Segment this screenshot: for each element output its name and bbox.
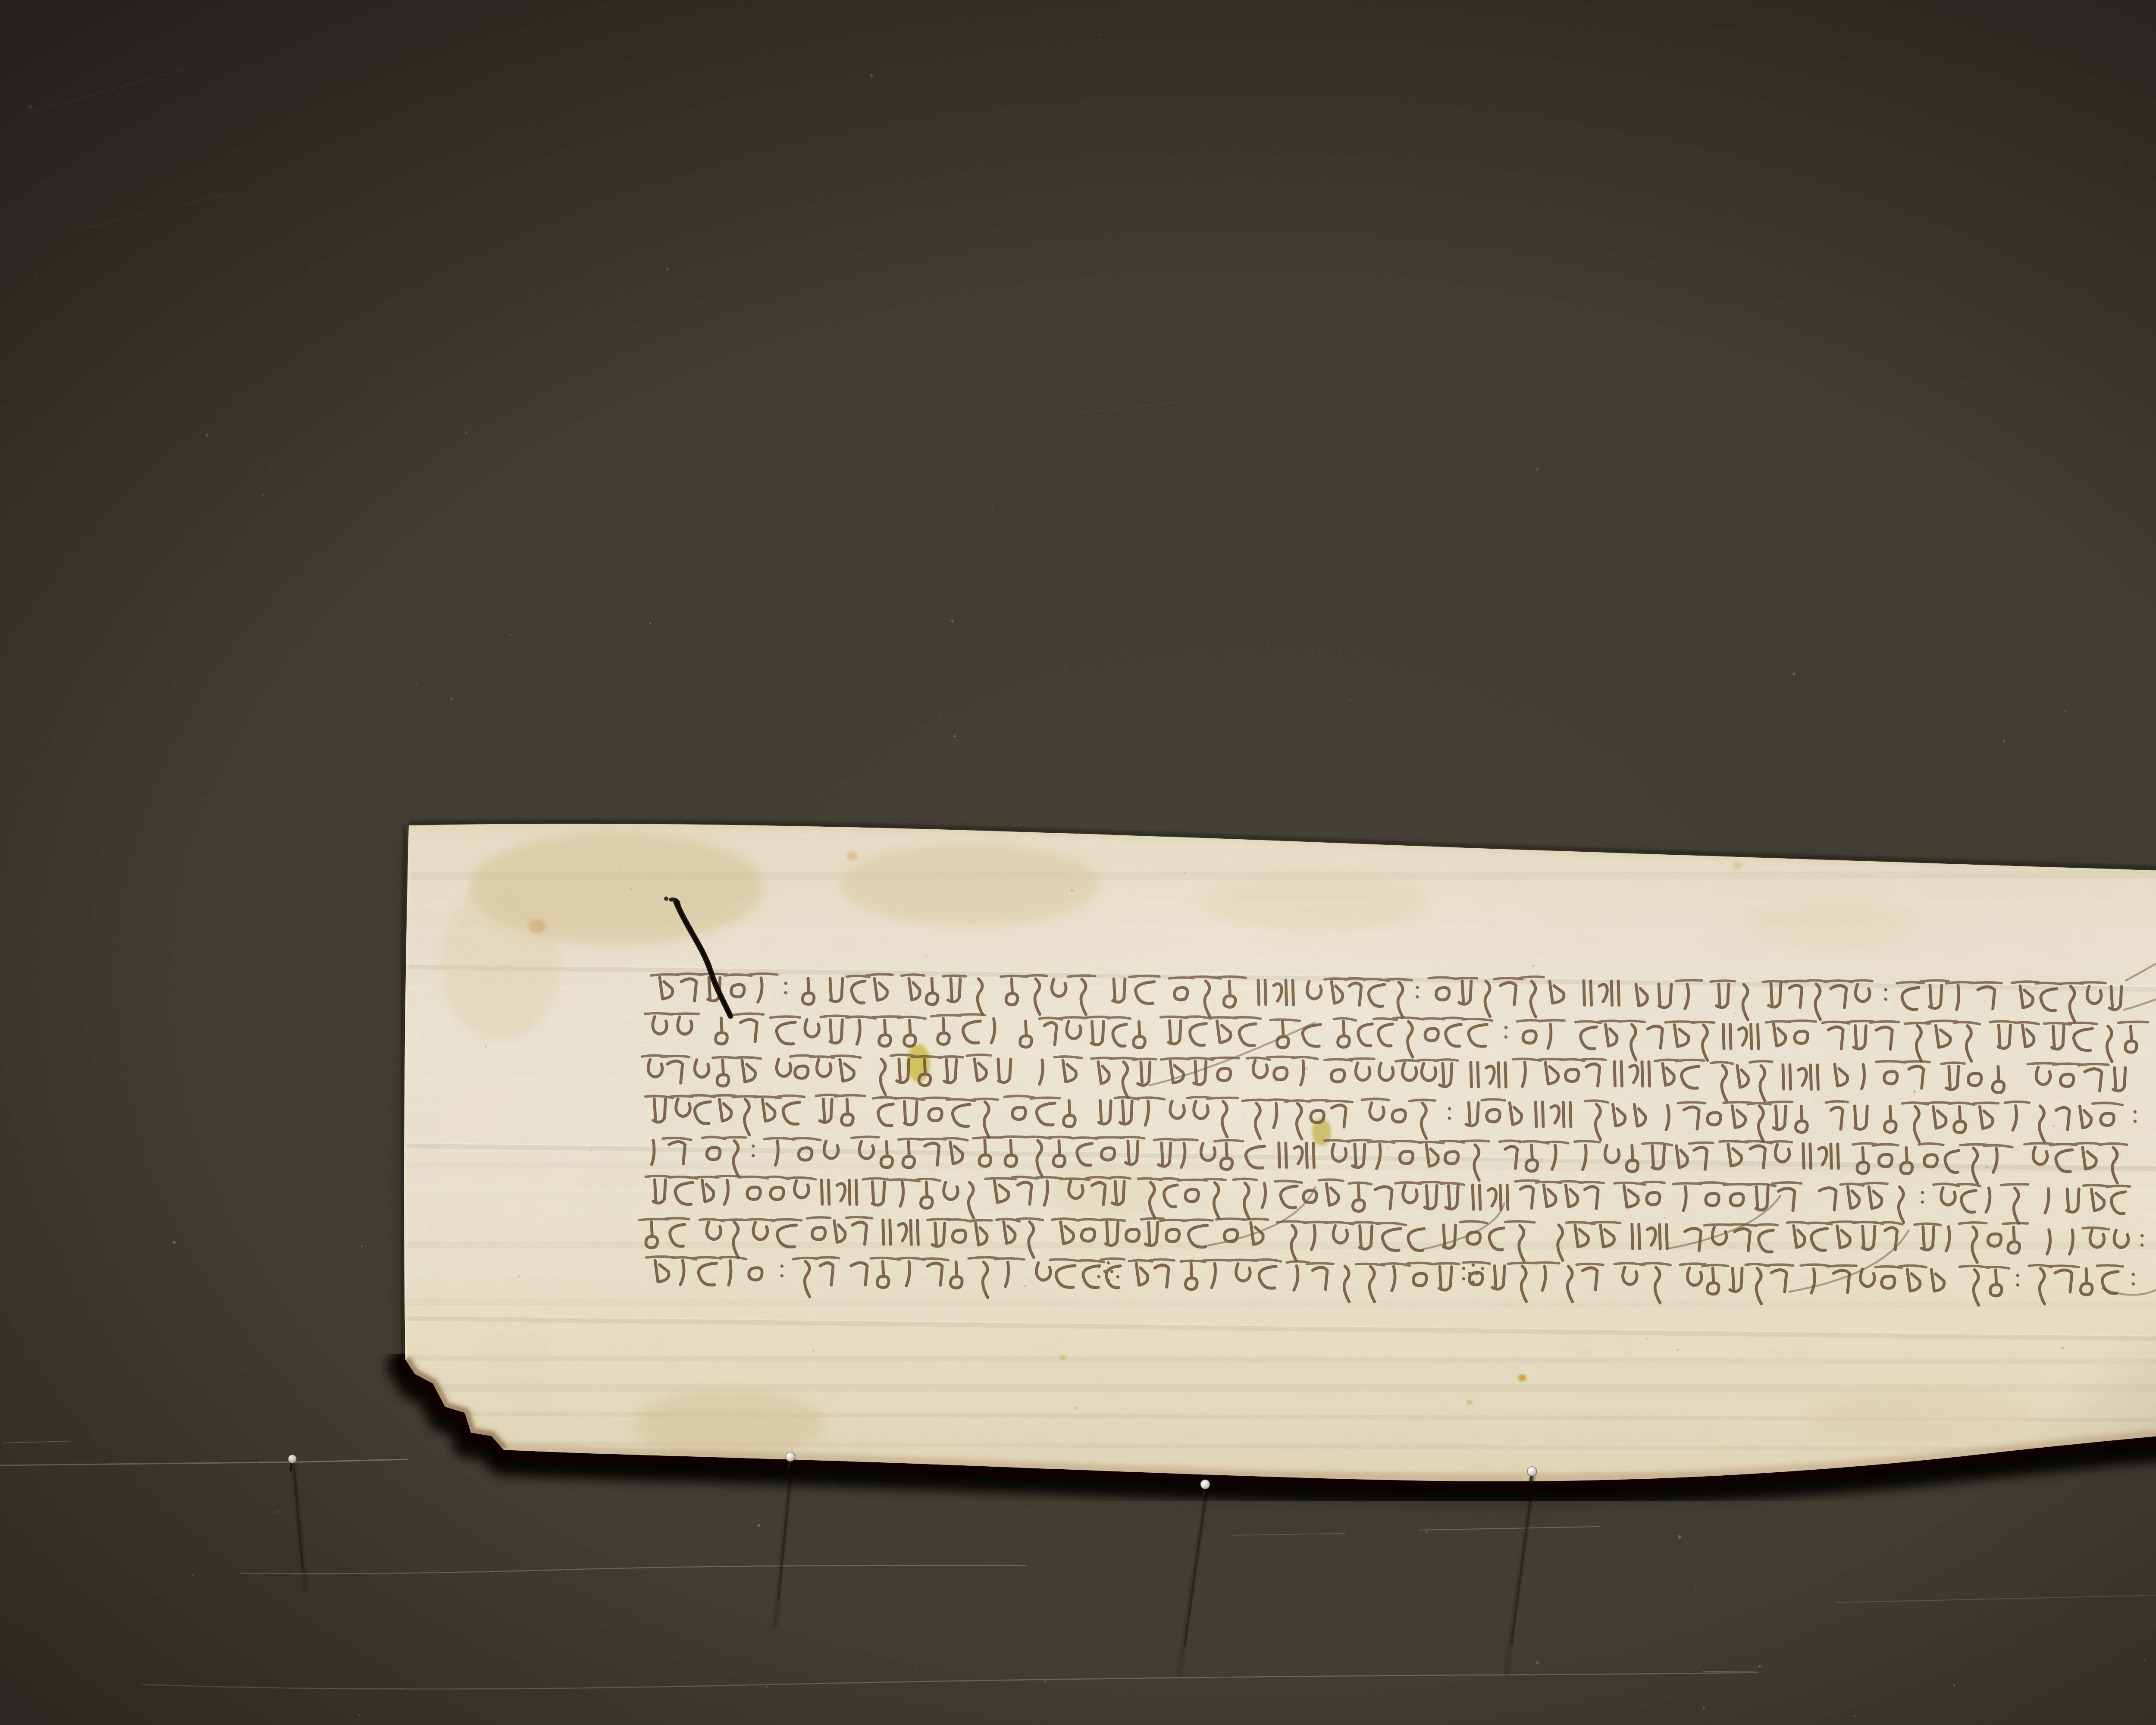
vignette <box>0 0 2156 1725</box>
manuscript-photograph <box>0 0 2156 1725</box>
